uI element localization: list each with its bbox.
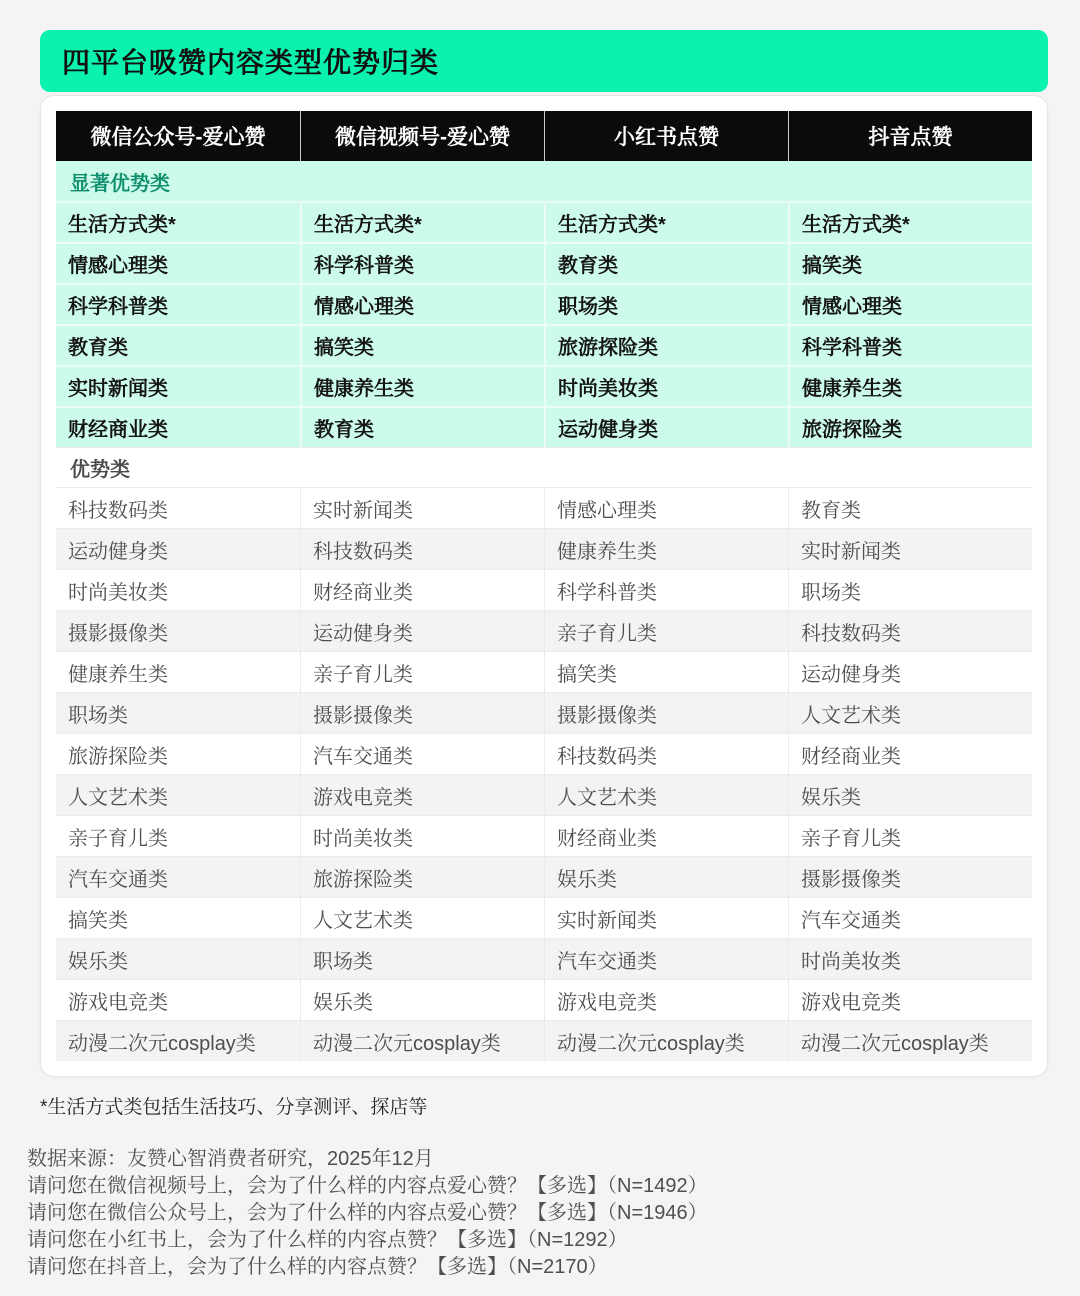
- source-line: 请问您在微信公众号上，会为了什么样的内容点爱心赞？【多选】（N=1946）: [27, 1200, 1057, 1227]
- table-cell: 科学科普类: [56, 285, 300, 324]
- table-cell: 人文艺术类: [56, 775, 300, 815]
- table-cell: 职场类: [544, 285, 788, 324]
- table-cell: 时尚美妆类: [788, 939, 1032, 979]
- table-cell: 财经商业类: [544, 816, 788, 856]
- table-cell: 游戏电竞类: [300, 775, 544, 815]
- section-header-1: 优势类: [56, 447, 1032, 487]
- table-cell: 健康养生类: [788, 367, 1032, 406]
- source-line: 请问您在抖音上，会为了什么样的内容点赞？【多选】（N=2170）: [27, 1254, 1057, 1281]
- table-row: 动漫二次元cosplay类动漫二次元cosplay类动漫二次元cosplay类动…: [56, 1020, 1032, 1061]
- column-header-douyin: 抖音点赞: [788, 111, 1032, 161]
- table-cell: 时尚美妆类: [544, 367, 788, 406]
- table-cell: 教育类: [544, 244, 788, 283]
- table-cell: 财经商业类: [788, 734, 1032, 774]
- table-cell: 娱乐类: [544, 857, 788, 897]
- table-row: 科技数码类实时新闻类情感心理类教育类: [56, 487, 1032, 528]
- table-cell: 摄影摄像类: [300, 693, 544, 733]
- table-cell: 教育类: [56, 326, 300, 365]
- table-cell: 人文艺术类: [544, 775, 788, 815]
- table-cell: 职场类: [788, 570, 1032, 610]
- table-cell: 游戏电竞类: [544, 980, 788, 1020]
- table-cell: 生活方式类*: [56, 203, 300, 242]
- table-cell: 搞笑类: [56, 898, 300, 938]
- table-cell: 实时新闻类: [544, 898, 788, 938]
- table-cell: 职场类: [300, 939, 544, 979]
- table-row: 财经商业类教育类运动健身类旅游探险类: [56, 406, 1032, 447]
- table-cell: 科技数码类: [544, 734, 788, 774]
- table-row: 科学科普类情感心理类职场类情感心理类: [56, 283, 1032, 324]
- source-line: 请问您在微信视频号上，会为了什么样的内容点爱心赞？【多选】（N=1492）: [27, 1173, 1057, 1200]
- table-row: 情感心理类科学科普类教育类搞笑类: [56, 242, 1032, 283]
- table-cell: 科学科普类: [300, 244, 544, 283]
- table-cell: 游戏电竞类: [56, 980, 300, 1020]
- table-cell: 汽车交通类: [544, 939, 788, 979]
- table-cell: 运动健身类: [56, 529, 300, 569]
- table-cell: 时尚美妆类: [56, 570, 300, 610]
- column-header-wechat-official: 微信公众号-爱心赞: [56, 111, 300, 161]
- table-cell: 教育类: [300, 408, 544, 447]
- source-line: 数据来源：友赞心智消费者研究，2025年12月: [27, 1146, 1057, 1173]
- table-row: 搞笑类人文艺术类实时新闻类汽车交通类: [56, 897, 1032, 938]
- table-cell: 生活方式类*: [788, 203, 1032, 242]
- table-cell: 情感心理类: [788, 285, 1032, 324]
- table-row: 摄影摄像类运动健身类亲子育儿类科技数码类: [56, 610, 1032, 651]
- table-cell: 时尚美妆类: [300, 816, 544, 856]
- table-cell: 生活方式类*: [544, 203, 788, 242]
- table-row: 健康养生类亲子育儿类搞笑类运动健身类: [56, 651, 1032, 692]
- table-cell: 娱乐类: [56, 939, 300, 979]
- table-cell: 搞笑类: [544, 652, 788, 692]
- table-cell: 旅游探险类: [56, 734, 300, 774]
- table-cell: 实时新闻类: [56, 367, 300, 406]
- table-cell: 搞笑类: [788, 244, 1032, 283]
- table-cell: 实时新闻类: [788, 529, 1032, 569]
- table-cell: 健康养生类: [544, 529, 788, 569]
- table-cell: 实时新闻类: [300, 488, 544, 528]
- table-cell: 科技数码类: [300, 529, 544, 569]
- table-cell: 摄影摄像类: [788, 857, 1032, 897]
- table-cell: 亲子育儿类: [300, 652, 544, 692]
- source-line: 请问您在小红书上，会为了什么样的内容点赞？【多选】（N=1292）: [27, 1227, 1057, 1254]
- table-cell: 汽车交通类: [300, 734, 544, 774]
- table-row: 旅游探险类汽车交通类科技数码类财经商业类: [56, 733, 1032, 774]
- column-header-xiaohongshu: 小红书点赞: [544, 111, 788, 161]
- table-cell: 教育类: [788, 488, 1032, 528]
- table-cell: 人文艺术类: [300, 898, 544, 938]
- page-title: 四平台吸赞内容类型优势归类: [62, 41, 439, 81]
- table-cell: 运动健身类: [788, 652, 1032, 692]
- table-cell: 职场类: [56, 693, 300, 733]
- table-cell: 旅游探险类: [788, 408, 1032, 447]
- table-cell: 运动健身类: [544, 408, 788, 447]
- table-card: 微信公众号-爱心赞 微信视频号-爱心赞 小红书点赞 抖音点赞 显著优势类生活方式…: [40, 95, 1048, 1077]
- table-cell: 亲子育儿类: [544, 611, 788, 651]
- table-cell: 亲子育儿类: [788, 816, 1032, 856]
- table-cell: 财经商业类: [300, 570, 544, 610]
- table-cell: 娱乐类: [300, 980, 544, 1020]
- table-cell: 科学科普类: [788, 326, 1032, 365]
- table-row: 运动健身类科技数码类健康养生类实时新闻类: [56, 528, 1032, 569]
- section-header-0: 显著优势类: [56, 161, 1032, 201]
- table-row: 游戏电竞类娱乐类游戏电竞类游戏电竞类: [56, 979, 1032, 1020]
- table-cell: 人文艺术类: [788, 693, 1032, 733]
- table-row: 亲子育儿类时尚美妆类财经商业类亲子育儿类: [56, 815, 1032, 856]
- table-cell: 动漫二次元cosplay类: [300, 1021, 544, 1061]
- table-cell: 生活方式类*: [300, 203, 544, 242]
- table-cell: 旅游探险类: [300, 857, 544, 897]
- table-cell: 旅游探险类: [544, 326, 788, 365]
- table-row: 时尚美妆类财经商业类科学科普类职场类: [56, 569, 1032, 610]
- table-cell: 搞笑类: [300, 326, 544, 365]
- table-row: 实时新闻类健康养生类时尚美妆类健康养生类: [56, 365, 1032, 406]
- table-cell: 情感心理类: [544, 488, 788, 528]
- table-cell: 运动健身类: [300, 611, 544, 651]
- table-cell: 摄影摄像类: [544, 693, 788, 733]
- table-row: 汽车交通类旅游探险类娱乐类摄影摄像类: [56, 856, 1032, 897]
- table-cell: 汽车交通类: [56, 857, 300, 897]
- title-bar: 四平台吸赞内容类型优势归类: [40, 30, 1048, 92]
- table-cell: 动漫二次元cosplay类: [544, 1021, 788, 1061]
- table-cell: 健康养生类: [300, 367, 544, 406]
- table-row: 教育类搞笑类旅游探险类科学科普类: [56, 324, 1032, 365]
- table-cell: 情感心理类: [56, 244, 300, 283]
- table-row: 职场类摄影摄像类摄影摄像类人文艺术类: [56, 692, 1032, 733]
- table-cell: 亲子育儿类: [56, 816, 300, 856]
- source-block: 数据来源：友赞心智消费者研究，2025年12月 请问您在微信视频号上，会为了什么…: [27, 1146, 1057, 1281]
- table-cell: 动漫二次元cosplay类: [788, 1021, 1032, 1061]
- table-cell: 财经商业类: [56, 408, 300, 447]
- table-cell: 汽车交通类: [788, 898, 1032, 938]
- table-row: 娱乐类职场类汽车交通类时尚美妆类: [56, 938, 1032, 979]
- table-cell: 娱乐类: [788, 775, 1032, 815]
- table-cell: 科学科普类: [544, 570, 788, 610]
- table-cell: 科技数码类: [788, 611, 1032, 651]
- table-footnote: *生活方式类包括生活技巧、分享测评、探店等: [40, 1092, 427, 1119]
- column-header-wechat-channels: 微信视频号-爱心赞: [300, 111, 544, 161]
- table-cell: 游戏电竞类: [788, 980, 1032, 1020]
- table-body: 显著优势类生活方式类*生活方式类*生活方式类*生活方式类*情感心理类科学科普类教…: [56, 161, 1032, 1061]
- table-header-row: 微信公众号-爱心赞 微信视频号-爱心赞 小红书点赞 抖音点赞: [56, 111, 1032, 161]
- table-row: 生活方式类*生活方式类*生活方式类*生活方式类*: [56, 201, 1032, 242]
- table-cell: 摄影摄像类: [56, 611, 300, 651]
- table-cell: 动漫二次元cosplay类: [56, 1021, 300, 1061]
- table-row: 人文艺术类游戏电竞类人文艺术类娱乐类: [56, 774, 1032, 815]
- table-cell: 健康养生类: [56, 652, 300, 692]
- table-cell: 科技数码类: [56, 488, 300, 528]
- table-cell: 情感心理类: [300, 285, 544, 324]
